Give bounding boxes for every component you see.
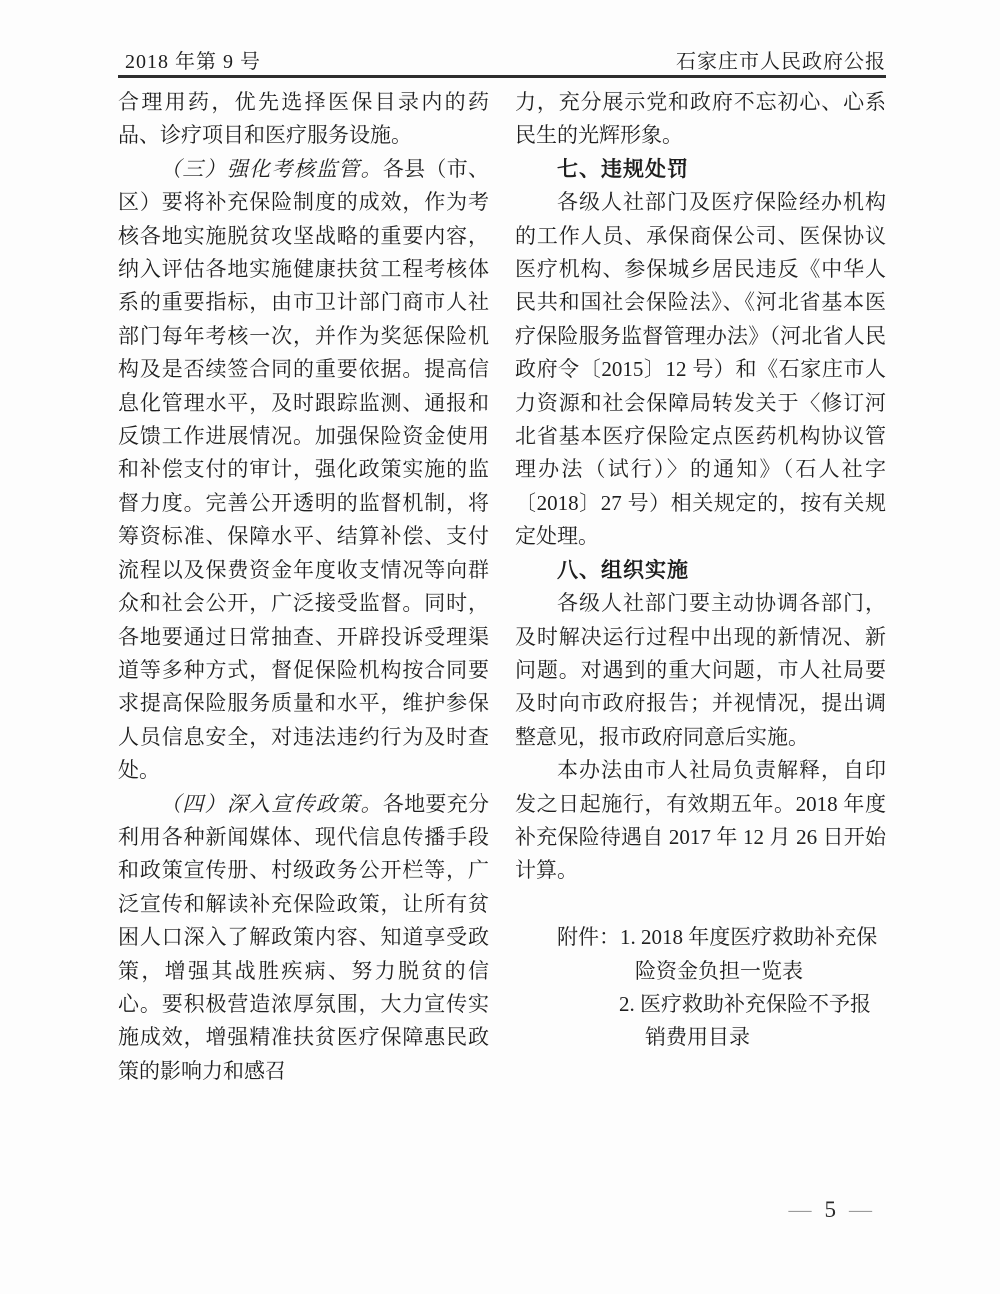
attachment-item-1-line-1: 附件：1. 2018 年度医疗救助补充保 <box>557 921 886 954</box>
left-column: 合理用药，优先选择医保目录内的药品、诊疗项目和医疗服务设施。 （三）强化考核监管… <box>118 86 489 1088</box>
header-publication-title: 石家庄市人民政府公报 <box>676 50 886 74</box>
page-footer: — 5 — <box>789 1196 873 1224</box>
gazette-page: 2018 年第 9 号 石家庄市人民政府公报 合理用药，优先选择医保目录内的药品… <box>0 0 1000 1294</box>
right-column: 力，充分展示党和政府不忘初心、心系民生的光辉形象。 七、违规处罚 各级人社部门及… <box>515 86 886 1088</box>
heading-section-7: 七、违规处罚 <box>515 153 886 186</box>
paragraph-continuation-right: 力，充分展示党和政府不忘初心、心系民生的光辉形象。 <box>515 86 886 153</box>
paragraph-section-8-body: 各级人社部门要主动协调各部门，及时解决运行过程中出现的新情况、新问题。对遇到的重… <box>515 587 886 754</box>
attachment-item-1-line-2: 险资金负担一览表 <box>635 955 886 988</box>
paragraph-continuation: 合理用药，优先选择医保目录内的药品、诊疗项目和医疗服务设施。 <box>118 86 489 153</box>
paragraph-section-7-body: 各级人社部门及医疗保险经办机构的工作人员、承保商保公司、医保协议医疗机构、参保城… <box>515 186 886 553</box>
page-header: 2018 年第 9 号 石家庄市人民政府公报 <box>118 50 886 74</box>
section-4-lead: （四）深入宣传政策。 <box>160 792 383 816</box>
footer-dash-right: — <box>849 1196 872 1224</box>
paragraph-effective-date: 本办法由市人社局负责解释，自印发之日起施行，有效期五年。2018 年度补充保险待… <box>515 754 886 888</box>
header-divider-rule <box>118 75 886 78</box>
section-4-body: 各地要充分利用各种新闻媒体、现代信息传播手段和政策宣传册、村级政务公开栏等，广泛… <box>118 792 489 1083</box>
footer-page-number: 5 <box>825 1196 837 1224</box>
section-3-body: 各县（市、区）要将补充保险制度的成效，作为考核各地实施脱贫攻坚战略的重要内容，纳… <box>118 157 489 782</box>
attachment-item-2-line-2: 销费用目录 <box>645 1021 886 1054</box>
section-3-lead: （三）强化考核监管。 <box>160 157 383 181</box>
attachment-list: 附件：1. 2018 年度医疗救助补充保 险资金负担一览表 2. 医疗救助补充保… <box>515 921 886 1055</box>
attachment-item-2-line-1: 2. 医疗救助补充保险不予报 <box>619 988 886 1021</box>
paragraph-section-3: （三）强化考核监管。各县（市、区）要将补充保险制度的成效，作为考核各地实施脱贫攻… <box>118 153 489 788</box>
footer-dash-left: — <box>789 1196 812 1224</box>
paragraph-section-4: （四）深入宣传政策。各地要充分利用各种新闻媒体、现代信息传播手段和政策宣传册、村… <box>118 788 489 1089</box>
page-body: 合理用药，优先选择医保目录内的药品、诊疗项目和医疗服务设施。 （三）强化考核监管… <box>118 86 886 1088</box>
heading-section-8: 八、组织实施 <box>515 554 886 587</box>
header-issue-number: 2018 年第 9 号 <box>118 50 261 74</box>
